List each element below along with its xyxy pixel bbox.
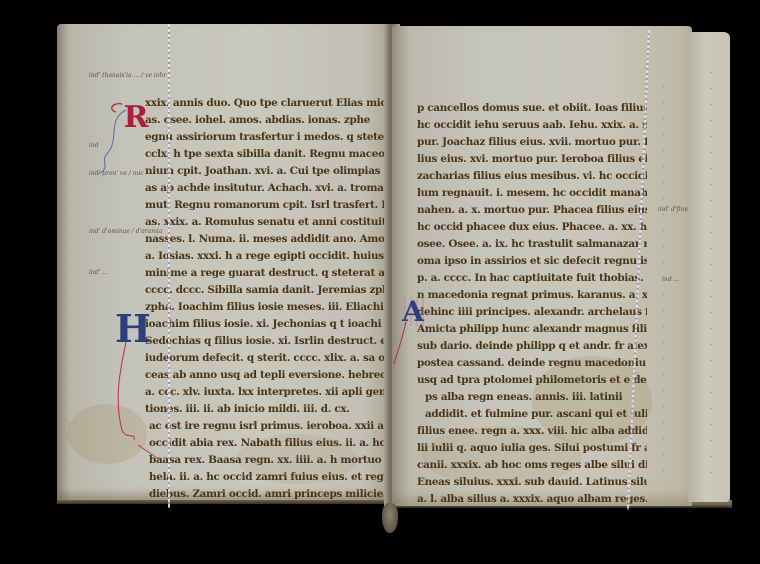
pricking-dots (65, 84, 67, 484)
text-line: addidit. et fulmine pur. ascani qui et i… (425, 406, 647, 423)
initial-flourish (110, 340, 170, 460)
text-line: egnu assiriorum trasfertur i medos. q st… (145, 129, 391, 146)
binding-thread (168, 24, 170, 508)
text-line: ps alba regn eneas. annis. iii. latinii (425, 389, 647, 406)
text-line: ioachim filius iosie. xi. Jechonias q t … (145, 316, 391, 333)
text-line: zacharias filius eius mesibus. vi. hc oc… (417, 168, 647, 185)
text-line: ceas ab anno usq ad tepli eversione. heb… (145, 367, 391, 384)
text-line: hc occidit iehu seruus aab. Iehu. xxix. … (417, 117, 647, 134)
text-line: n macedonia regnat primus. karanus. a. x… (417, 287, 647, 304)
margin-note: ind ... (662, 276, 679, 284)
text-line: nasses. l. Numa. ii. meses addidit ano. … (145, 231, 391, 248)
text-line: minime a rege guarat destruct. q stetera… (145, 265, 391, 282)
text-line: ac est ire regnu isrl primus. ieroboa. x… (149, 418, 391, 435)
manuscript-photo: ind' thanais'ia ... / ve iohr ind ind' p… (0, 0, 760, 564)
text-line: pur. Joachaz filius eius. xvii. mortuo p… (417, 134, 647, 151)
text-line: hela. ii. a. hc occid zamri fuius eius. … (149, 469, 391, 486)
text-line: cclx. h tpe sexta sibilla danit. Regnu m… (145, 146, 391, 163)
right-text-column: p cancellos domus sue. et obiit. Ioas fi… (417, 100, 647, 506)
pricking-dots (662, 86, 664, 486)
text-line: as. xxix. a. Romulus senatu et anni cost… (145, 214, 391, 231)
text-line: p. a. cccc. In hac captiuitate fuit thob… (417, 270, 647, 287)
margin-note: ind' ... (89, 269, 108, 277)
initial-flourish (96, 100, 136, 180)
left-text-column: xxix. annis duo. Quo tpe claruerut Elias… (145, 95, 391, 500)
text-line: postea cassand. deinde regnu macedoniu p… (417, 355, 647, 372)
text-line: hc occid phacee dux eius. Phacee. a. xx.… (417, 219, 647, 236)
left-page: ind' thanais'ia ... / ve iohr ind ind' p… (57, 24, 391, 500)
text-line: Amicta philipp hunc alexandr magnus fili… (417, 321, 647, 338)
margin-note: ind' thanais'ia ... / ve iohr (89, 72, 166, 80)
text-line: as. osee. iohel. amos. abdias. ionas. zp… (145, 112, 391, 129)
text-line: tiones. iii. ii. ab inicio mildi. iii. d… (145, 401, 391, 418)
text-line: a. l. alba silius a. xxxix. aquo albam r… (417, 491, 647, 506)
text-line: a. Iosias. xxxi. h a rege egipti occidit… (145, 248, 391, 265)
pricking-dots (710, 72, 712, 482)
text-line: occidit abia rex. Nabath filius eius. ii… (149, 435, 391, 452)
margin-note: ind' d'fine / regni isrl (658, 206, 692, 214)
text-line: oma ipso in assirios et sic defecit regn… (417, 253, 647, 270)
initial-flourish (392, 320, 412, 370)
text-line: nium cpit. Joathan. xvi. a. Cui tpe olim… (145, 163, 391, 180)
text-line: as ap achde insitutur. Achach. xvi. a. t… (145, 180, 391, 197)
right-flyleaf (688, 32, 730, 502)
text-line: lum regnauit. i. mesem. hc occidit manah… (417, 185, 647, 202)
text-line: lius eius. xvi. mortuo pur. Ieroboa fili… (417, 151, 647, 168)
text-line: Eneas siluius. xxxi. sub dauid. Latinus … (417, 474, 647, 491)
text-line: zpha. Ioachim filius iosie meses. iii. E… (145, 299, 391, 316)
text-line: dehinc iiii principes. alexandr. archela… (417, 304, 647, 321)
text-line: filius enee. regn a. xxx. viii. hic alba… (417, 423, 647, 440)
text-line: lii iulii q. aquo iulia ges. Silui postu… (417, 440, 647, 457)
text-line: canii. xxxix. ab hoc oms reges albe silu… (417, 457, 647, 474)
text-line: cccc. dccc. Sibilla samia danit. Jeremia… (145, 282, 391, 299)
text-line: mut. Regnu romanorum cpit. Isrl trasfert… (145, 197, 391, 214)
text-line: p cancellos domus sue. et obiit. Ioas fi… (417, 100, 647, 117)
text-line: osee. Osee. a. ix. hc trastulit salmanaz… (417, 236, 647, 253)
text-line: iudeorum defecit. q sterit. cccc. xlix. … (145, 350, 391, 367)
text-line: usq ad tpra ptolomei philometoris et e d… (417, 372, 647, 389)
text-line: diebus. Zamri occid. amri princeps milic… (149, 486, 391, 500)
cloth-tab (382, 503, 398, 533)
text-line: xxix. annis duo. Quo tpe claruerut Elias… (145, 95, 391, 112)
text-line: sub dario. deinde philipp q et andr. fr … (417, 338, 647, 355)
text-line: nahen. a. x. mortuo pur. Phacea filius e… (417, 202, 647, 219)
text-line: Sedechias q filius iosie. xi. Isrlin des… (145, 333, 391, 350)
text-line: baasa rex. Baasa regn. xx. iiii. a. h mo… (149, 452, 391, 469)
text-line: a. ccc. xlv. iuxta. lxx interpretes. xii… (145, 384, 391, 401)
